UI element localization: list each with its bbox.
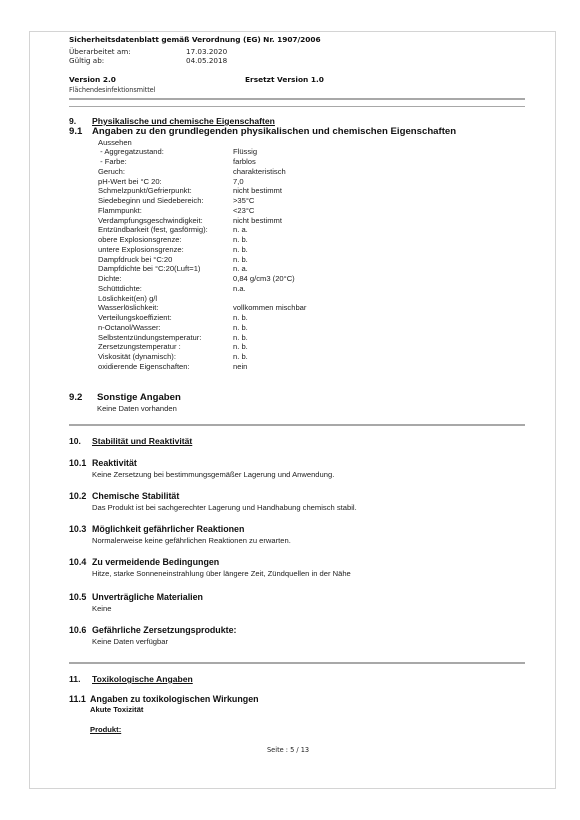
property-label: n-Octanol/Wasser:: [98, 323, 161, 332]
section-10-title: Stabilität und Reaktivität: [92, 436, 192, 446]
property-label: Aussehen: [98, 138, 132, 147]
property-value: farblos: [233, 157, 256, 166]
property-value: 0,84 g/cm3 (20°C): [233, 274, 295, 283]
property-label: Viskosität (dynamisch):: [98, 352, 176, 361]
header-divider-top: [69, 98, 525, 100]
section-10-divider: [69, 662, 525, 664]
subsection-9-1-number: 9.1: [69, 126, 82, 137]
subsection-text: Keine Daten verfügbar: [92, 637, 168, 646]
property-value: n. b.: [233, 255, 248, 264]
property-label: - Farbe:: [98, 157, 127, 166]
property-label: - Aggregatzustand:: [98, 147, 164, 156]
acute-toxicity-heading: Akute Toxizität: [90, 705, 143, 714]
subsection-text: Das Produkt ist bei sachgerechter Lageru…: [92, 503, 357, 512]
property-label: Verteilungskoeffizient:: [98, 313, 172, 322]
property-value: n. b.: [233, 323, 248, 332]
subsection-number: 10.6: [69, 625, 86, 635]
valid-date: 04.05.2018: [186, 56, 227, 65]
property-label: Siedebeginn und Siedebereich:: [98, 196, 204, 205]
property-value: Flüssig: [233, 147, 257, 156]
revised-label: Überarbeitet am:: [69, 47, 131, 56]
property-label: Schmelzpunkt/Gefrierpunkt:: [98, 186, 192, 195]
property-label: obere Explosionsgrenze:: [98, 235, 182, 244]
property-value: n. a.: [233, 225, 248, 234]
property-value: n. a.: [233, 264, 248, 273]
subsection-11-1-title: Angaben zu toxikologischen Wirkungen: [90, 694, 259, 704]
section-11-title: Toxikologische Angaben: [92, 674, 193, 684]
subsection-text: Keine: [92, 604, 111, 613]
property-value: 7,0: [233, 177, 244, 186]
property-value: charakteristisch: [233, 167, 286, 176]
property-value: vollkommen mischbar: [233, 303, 306, 312]
subsection-title: Zu vermeidende Bedingungen: [92, 557, 219, 567]
subsection-title: Gefährliche Zersetzungsprodukte:: [92, 625, 237, 635]
property-label: Flammpunkt:: [98, 206, 142, 215]
valid-label: Gültig ab:: [69, 56, 104, 65]
subsection-number: 10.2: [69, 491, 86, 501]
property-label: Dampfdruck bei °C:20: [98, 255, 172, 264]
property-label: Dampfdichte bei °C:20(Luft=1): [98, 264, 200, 273]
property-value: n. b.: [233, 245, 248, 254]
property-label: untere Explosionsgrenze:: [98, 245, 184, 254]
subsection-number: 10.3: [69, 524, 86, 534]
subsection-title: Reaktivität: [92, 458, 137, 468]
property-value: <23°C: [233, 206, 254, 215]
section-11-number: 11.: [69, 674, 80, 684]
subsection-text: Keine Zersetzung bei bestimmungsgemäßer …: [92, 470, 334, 479]
subsection-9-2-text: Keine Daten vorhanden: [97, 404, 177, 413]
property-label: Entzündbarkeit (fest, gasförmig):: [98, 225, 208, 234]
subsection-title: Möglichkeit gefährlicher Reaktionen: [92, 524, 244, 534]
revised-date: 17.03.2020: [186, 47, 227, 56]
header-divider-bottom: [69, 106, 525, 107]
property-label: Zersetzungstemperatur :: [98, 342, 181, 351]
property-value: n. b.: [233, 235, 248, 244]
section-9-title: Physikalische und chemische Eigenschafte…: [92, 116, 275, 126]
subsection-9-2-title: Sonstige Angaben: [97, 392, 181, 403]
property-value: nicht bestimmt: [233, 186, 282, 195]
section-9-number: 9.: [69, 116, 76, 126]
subsection-text: Normalerweise keine gefährlichen Reaktio…: [92, 536, 291, 545]
subsection-number: 10.1: [69, 458, 86, 468]
property-label: Verdampfungsgeschwindigkeit:: [98, 216, 203, 225]
property-value: nicht bestimmt: [233, 216, 282, 225]
property-value: n. b.: [233, 342, 248, 351]
section-9-divider: [69, 424, 525, 426]
property-label: Löslichkeit(en) g/l: [98, 294, 157, 303]
replaces-version-label: Ersetzt Version 1.0: [245, 75, 324, 84]
section-10-number: 10.: [69, 436, 81, 446]
subsection-number: 10.4: [69, 557, 86, 567]
property-value: >35°C: [233, 196, 254, 205]
property-value: nein: [233, 362, 247, 371]
property-value: n. b.: [233, 333, 248, 342]
property-label: Dichte:: [98, 274, 122, 283]
property-value: n. b.: [233, 313, 248, 322]
property-label: Schüttdichte:: [98, 284, 142, 293]
product-label: Produkt:: [90, 725, 121, 734]
product-name: Flächendesinfektionsmittel: [69, 86, 155, 94]
property-value: n.a.: [233, 284, 246, 293]
property-value: n. b.: [233, 352, 248, 361]
property-label: Wasserlöslichkeit:: [98, 303, 158, 312]
subsection-text: Hitze, starke Sonneneinstrahlung über lä…: [92, 569, 351, 578]
property-label: Geruch:: [98, 167, 125, 176]
subsection-11-1-number: 11.1: [69, 694, 86, 704]
subsection-title: Unverträgliche Materialien: [92, 592, 203, 602]
subsection-number: 10.5: [69, 592, 86, 602]
subsection-9-2-number: 9.2: [69, 392, 82, 403]
version-label: Version 2.0: [69, 75, 116, 84]
property-label: oxidierende Eigenschaften:: [98, 362, 190, 371]
property-label: Selbstentzündungstemperatur:: [98, 333, 201, 342]
subsection-title: Chemische Stabilität: [92, 491, 179, 501]
page-number: Seite : 5 / 13: [267, 746, 309, 754]
subsection-9-1-title: Angaben zu den grundlegenden physikalisc…: [92, 126, 456, 137]
property-label: pH-Wert bei °C 20:: [98, 177, 162, 186]
document-title: Sicherheitsdatenblatt gemäß Verordnung (…: [69, 35, 321, 44]
